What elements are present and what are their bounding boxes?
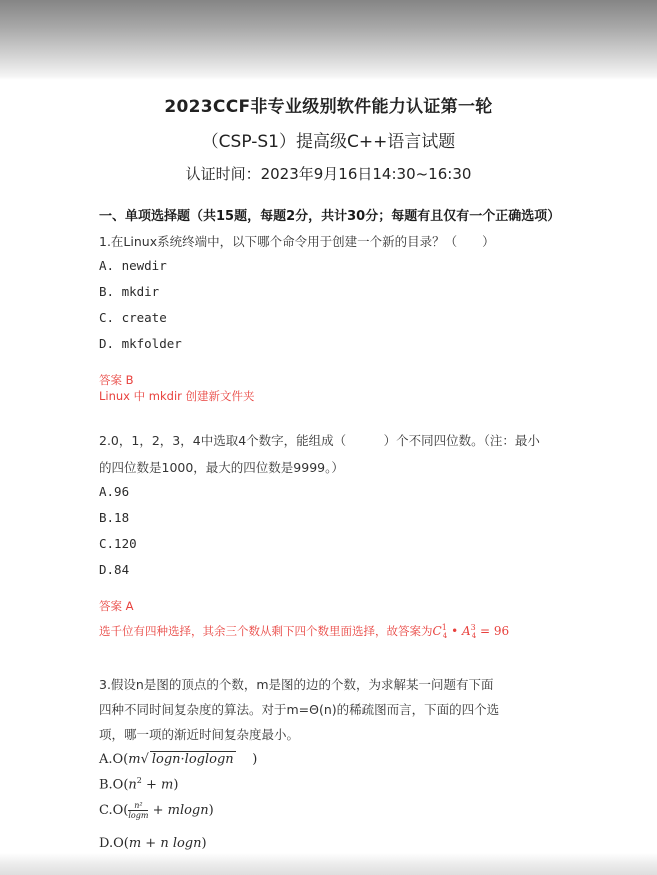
section-heading: 一、单项选择题（共15题，每题2分，共计30分；每题有且仅有一个正确选项） bbox=[99, 205, 560, 224]
fraction-denominator: logm bbox=[128, 811, 148, 820]
sqrt-symbol: √ bbox=[141, 752, 149, 767]
question-3-option-b: B.O(n2 + m) bbox=[99, 776, 178, 792]
question-2-option-a: A.96 bbox=[99, 484, 129, 499]
question-2-stem-line1: 2.0，1，2，3，4中选取4个数字，能组成（ ）个不同四位数。（注：最小 bbox=[99, 431, 540, 449]
question-1-stem: 1.在Linux系统终端中，以下哪个命令用于创建一个新的目录？（ ） bbox=[99, 232, 495, 250]
option-a-sqrt-body: logn·loglogn bbox=[152, 752, 234, 767]
question-3-stem-line2: 四种不同时间复杂度的算法。对于m=Θ(n)的稀疏图而言，下面的四个选 bbox=[99, 700, 499, 718]
question-2-formula: C14 • A34 = 96 bbox=[433, 624, 510, 638]
option-a-prefix: A.O( bbox=[99, 752, 128, 767]
exam-document-page: 2023CCF非专业级别软件能力认证第一轮 （CSP-S1）提高级C++语言试题… bbox=[0, 0, 657, 875]
option-d-prefix: D.O( bbox=[99, 836, 129, 851]
question-2-answer: 答案 A bbox=[99, 598, 134, 614]
exam-subtitle: （CSP-S1）提高级C++语言试题 bbox=[0, 127, 657, 152]
formula-a-sub: 4 bbox=[472, 632, 476, 640]
question-3-option-d: D.O(m + n logn) bbox=[99, 836, 207, 851]
option-c-suffix: ) bbox=[209, 803, 214, 818]
fraction-numerator: n² bbox=[128, 801, 148, 811]
formula-result: = 96 bbox=[480, 624, 509, 638]
formula-c-sub: 4 bbox=[443, 632, 447, 640]
option-b-suffix: ) bbox=[173, 777, 178, 792]
formula-a-sup: 3 bbox=[471, 623, 476, 632]
formula-c: C bbox=[433, 624, 442, 638]
question-2-option-d: D.84 bbox=[99, 562, 129, 577]
question-3-option-c: C.O(n²logm + mlogn) bbox=[99, 801, 214, 820]
option-a-suffix: ) bbox=[252, 752, 257, 767]
option-b-rest: + m bbox=[142, 777, 173, 792]
bottom-shadow-gradient bbox=[0, 853, 657, 875]
option-c-fraction: n²logm bbox=[128, 801, 148, 820]
question-2-option-b: B.18 bbox=[99, 510, 129, 525]
question-3-stem-line3: 项，哪一项的渐近时间复杂度最小。 bbox=[99, 725, 299, 743]
question-3-option-a: A.O(m√logn·loglogn ) bbox=[99, 751, 257, 767]
question-2-explanation: 选千位有四种选择，其余三个数从剩下四个数里面选择，故答案为C14 • A34 =… bbox=[99, 623, 509, 640]
option-a-m: m bbox=[128, 752, 140, 767]
question-2-explanation-text: 选千位有四种选择，其余三个数从剩下四个数里面选择，故答案为 bbox=[99, 624, 433, 638]
option-c-rest: + mlogn bbox=[148, 803, 208, 818]
option-c-prefix: C.O( bbox=[99, 803, 128, 818]
question-2-stem-line2: 的四位数是1000，最大的四位数是9999。） bbox=[99, 458, 344, 476]
exam-time: 认证时间：2023年9月16日14:30~16:30 bbox=[0, 163, 657, 184]
option-b-prefix: B.O( bbox=[99, 777, 128, 792]
question-1-option-b: B. mkdir bbox=[99, 284, 159, 299]
question-1-option-a: A. newdir bbox=[99, 258, 167, 273]
question-3-stem-line1: 3.假设n是图的顶点的个数，m是图的边的个数，为求解某一问题有下面 bbox=[99, 675, 494, 693]
option-d-body: m + n logn bbox=[129, 836, 202, 851]
question-1-explanation: Linux 中 mkdir 创建新文件夹 bbox=[99, 388, 255, 404]
question-1-option-c: C. create bbox=[99, 310, 167, 325]
question-1-answer: 答案 B bbox=[99, 372, 134, 388]
formula-c-sup: 1 bbox=[442, 623, 447, 632]
question-1-option-d: D. mkfolder bbox=[99, 336, 182, 351]
formula-dot: • bbox=[451, 624, 458, 638]
formula-a: A bbox=[462, 624, 471, 638]
question-2-option-c: C.120 bbox=[99, 536, 137, 551]
option-b-n: n bbox=[128, 777, 136, 792]
option-d-suffix: ) bbox=[202, 836, 207, 851]
exam-title: 2023CCF非专业级别软件能力认证第一轮 bbox=[0, 92, 657, 117]
